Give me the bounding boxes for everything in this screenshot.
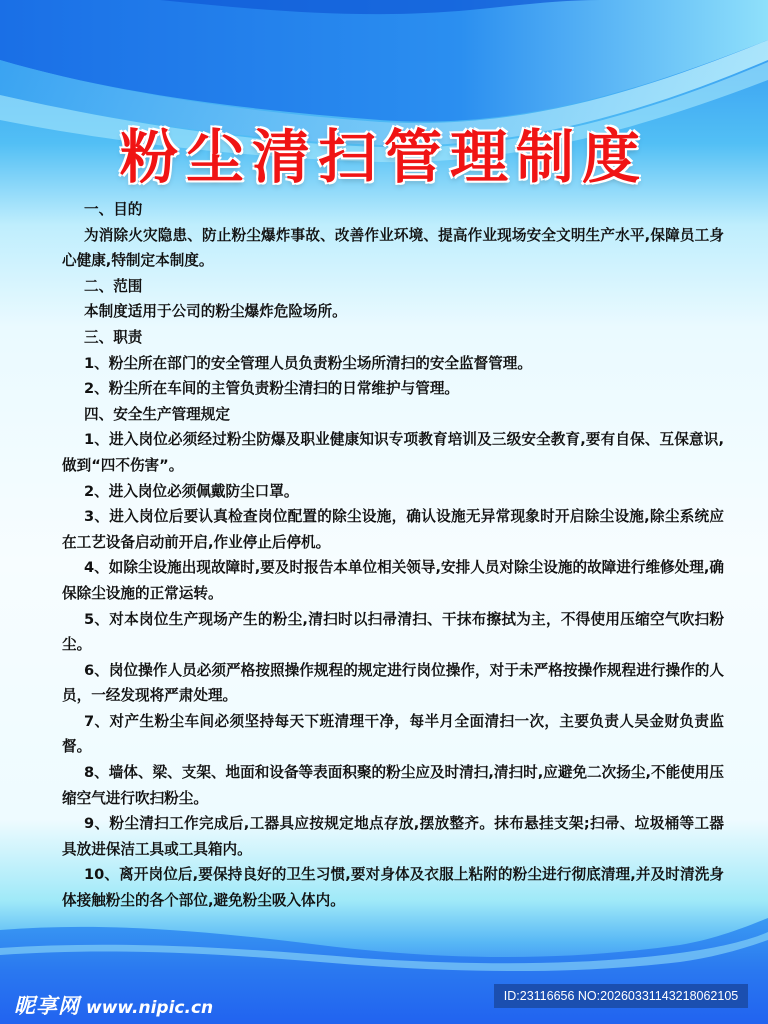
paragraph: 10、离开岗位后,要保持良好的卫生习惯,要对身体及衣服上粘附的粉尘进行彻底清理,…: [62, 862, 724, 913]
section-heading: 一、目的: [62, 197, 724, 223]
watermark-url: www.nipic.cn: [86, 998, 213, 1018]
paragraph: 5、对本岗位生产现场产生的粉尘,清扫时以扫帚清扫、干抹布擦拭为主，不得使用压缩空…: [62, 607, 724, 658]
paragraph: 3、进入岗位后要认真检查岗位配置的除尘设施，确认设施无异常现象时开启除尘设施,除…: [62, 504, 724, 555]
section-heading: 四、安全生产管理规定: [62, 402, 724, 428]
page-title: 粉尘清扫管理制度: [0, 110, 768, 194]
paragraph: 1、进入岗位必须经过粉尘防爆及职业健康知识专项教育培训及三级安全教育,要有自保、…: [62, 427, 724, 478]
paragraph: 8、墙体、梁、支架、地面和设备等表面积聚的粉尘应及时清扫,清扫时,应避免二次扬尘…: [62, 760, 724, 811]
section-heading: 二、范围: [62, 274, 724, 300]
paragraph: 为消除火灾隐患、防止粉尘爆炸事故、改善作业环境、提高作业现场安全文明生产水平,保…: [62, 223, 724, 274]
paragraph: 2、粉尘所在车间的主管负责粉尘清扫的日常维护与管理。: [62, 376, 724, 402]
watermark-logo: 昵享网 www.nipic.cn: [14, 990, 213, 1020]
paragraph: 7、对产生粉尘车间必须坚持每天下班清理干净，每半月全面清扫一次，主要负责人吴金财…: [62, 709, 724, 760]
paragraph: 本制度适用于公司的粉尘爆炸危险场所。: [62, 299, 724, 325]
section-heading: 三、职责: [62, 325, 724, 351]
paragraph: 1、粉尘所在部门的安全管理人员负责粉尘场所清扫的安全监督管理。: [62, 351, 724, 377]
paragraph: 4、如除尘设施出现故障时,要及时报告本单位相关领导,安排人员对除尘设施的故障进行…: [62, 555, 724, 606]
paragraph: 2、进入岗位必须佩戴防尘口罩。: [62, 479, 724, 505]
document-body: 一、目的 为消除火灾隐患、防止粉尘爆炸事故、改善作业环境、提高作业现场安全文明生…: [62, 197, 724, 914]
watermark-brand: 昵享网: [14, 990, 80, 1020]
image-id-badge: ID:23116656 NO:20260331143218062105: [494, 984, 748, 1008]
paragraph: 9、粉尘清扫工作完成后,工器具应按规定地点存放,摆放整齐。抹布悬挂支架;扫帚、垃…: [62, 811, 724, 862]
paragraph: 6、岗位操作人员必须严格按照操作规程的规定进行岗位操作，对于未严格按操作规程进行…: [62, 658, 724, 709]
